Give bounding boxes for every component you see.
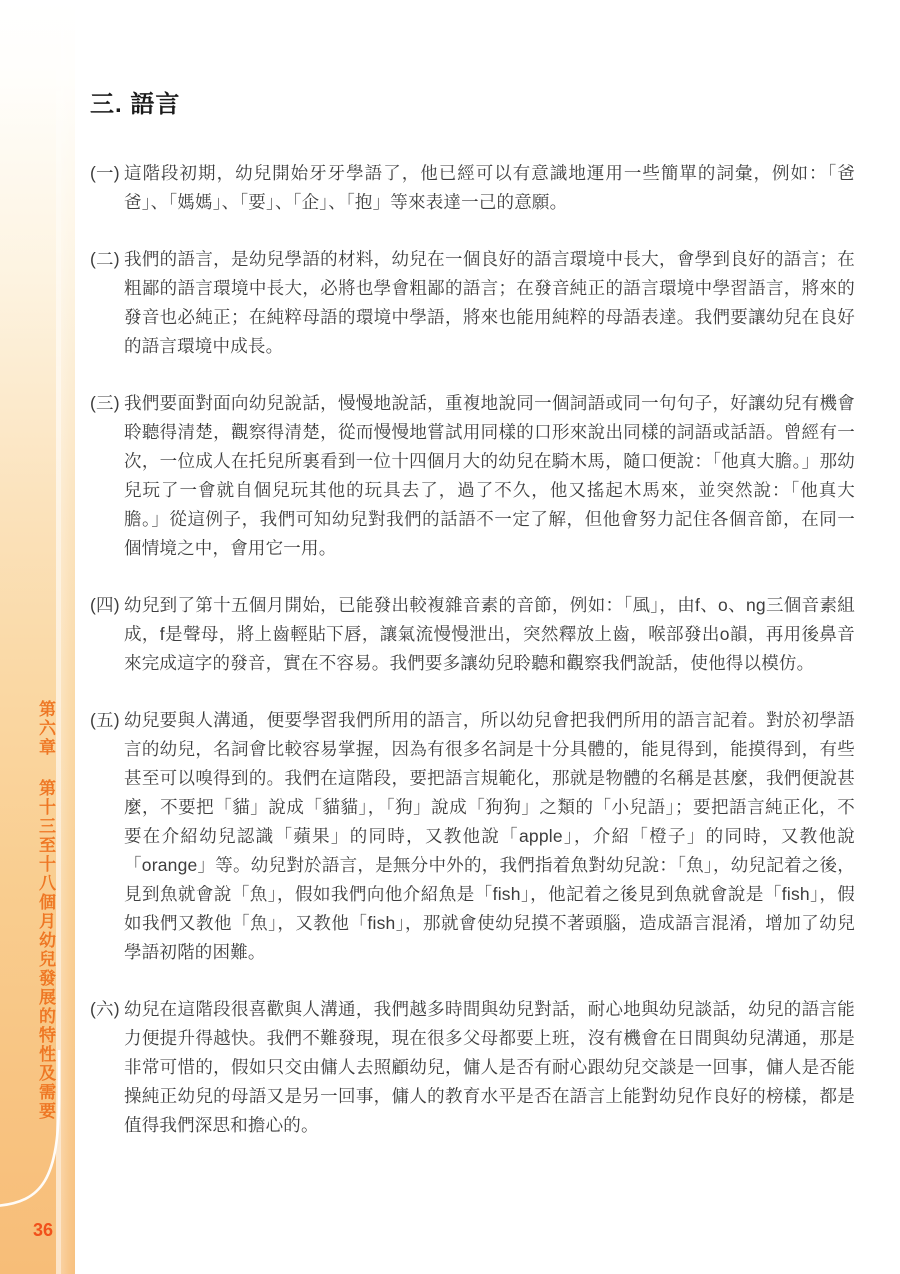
paragraph-text: 我們要面對面向幼兒說話，慢慢地說話，重複地說同一個詞語或同一句句子，好讓幼兒有機… [124,393,855,558]
paragraph-label: (三) [90,389,120,418]
paragraph-item: (六)幼兒在這階段很喜歡與人溝通，我們越多時間與幼兒對話，耐心地與幼兒談話，幼兒… [90,995,855,1140]
paragraph-item: (二)我們的語言，是幼兒學語的材料，幼兒在一個良好的語言環境中長大，會學到良好的… [90,245,855,361]
page-number: 36 [33,1220,53,1241]
paragraph-item: (五)幼兒要與人溝通，便要學習我們所用的語言，所以幼兒會把我們所用的語言記着。對… [90,706,855,967]
chapter-sidebar: 第六章第十三至十八個月幼兒發展的特性及需要 36 [0,0,75,1274]
paragraph-text: 幼兒在這階段很喜歡與人溝通，我們越多時間與幼兒對話，耐心地與幼兒談話，幼兒的語言… [124,999,855,1135]
paragraph-label: (五) [90,706,120,735]
section-heading: 三. 語言 [90,84,855,119]
chapter-vertical-text: 第六章第十三至十八個月幼兒發展的特性及需要 [33,700,58,1121]
paragraph-label: (四) [90,591,120,620]
paragraph-item: (四)幼兒到了第十五個月開始，已能發出較複雜音素的音節，例如：「風」，由f、o、… [90,591,855,678]
main-content: 三. 語言 (一)這階段初期，幼兒開始牙牙學語了，他已經可以有意識地運用一些簡單… [90,84,855,1168]
paragraph-item: (一)這階段初期，幼兒開始牙牙學語了，他已經可以有意識地運用一些簡單的詞彙，例如… [90,159,855,217]
paragraph-label: (一) [90,159,120,188]
paragraph-text: 這階段初期，幼兒開始牙牙學語了，他已經可以有意識地運用一些簡單的詞彙，例如：「爸… [124,163,855,212]
book-page: 第六章第十三至十八個月幼兒發展的特性及需要 36 三. 語言 (一)這階段初期，… [0,0,900,1274]
paragraph-text: 幼兒到了第十五個月開始，已能發出較複雜音素的音節，例如：「風」，由f、o、ng三… [124,595,855,673]
paragraph-text: 幼兒要與人溝通，便要學習我們所用的語言，所以幼兒會把我們所用的語言記着。對於初學… [124,710,855,962]
paragraph-text: 我們的語言，是幼兒學語的材料，幼兒在一個良好的語言環境中長大，會學到良好的語言；… [124,249,855,356]
paragraph-label: (二) [90,245,120,274]
paragraph-label: (六) [90,995,120,1024]
chapter-label: 第六章 [36,700,55,757]
chapter-title: 第十三至十八個月幼兒發展的特性及需要 [36,779,55,1121]
paragraph-item: (三)我們要面對面向幼兒說話，慢慢地說話，重複地說同一個詞語或同一句句子，好讓幼… [90,389,855,563]
